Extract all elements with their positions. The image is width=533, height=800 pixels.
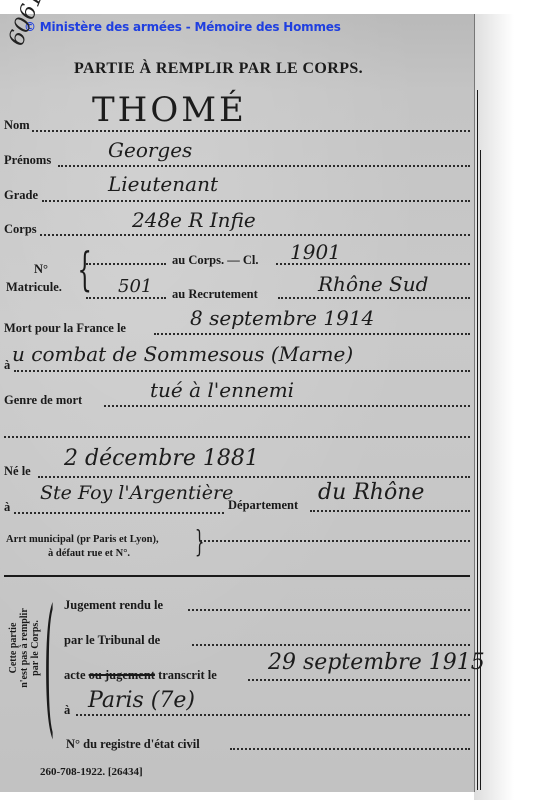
copyright-watermark: © Ministère des armées - Mémoire des Hom… — [24, 20, 341, 34]
tribunal-line — [192, 644, 470, 646]
nom-line — [32, 130, 470, 132]
side-note: Cette partie n'est pas à remplir par le … — [8, 598, 41, 698]
mort-line — [154, 333, 470, 335]
margin-rule — [477, 90, 478, 790]
ne-le-value: 2 décembre 1881 — [64, 446, 259, 471]
recrutement-number: 501 — [118, 276, 152, 297]
side-note-line-3: par le Corps. — [30, 598, 41, 698]
ne-le-line — [38, 476, 470, 478]
departement-label: Département — [228, 498, 298, 800]
margin-rule-2 — [480, 150, 481, 790]
genre-line — [104, 405, 470, 407]
recrutement-value: Rhône Sud — [318, 272, 428, 296]
departement-value: du Rhône — [318, 480, 424, 505]
side-note-line-1: Cette partie — [8, 598, 19, 698]
transcrit-line — [248, 679, 470, 681]
sheet-edge — [474, 14, 475, 792]
jugement-brace: ( — [44, 590, 55, 740]
jugement-rendu-line — [188, 609, 470, 611]
grade-line — [42, 200, 470, 202]
blank-line — [4, 436, 470, 438]
print-reference: 260-708-1922. [26434] — [40, 766, 143, 778]
prenoms-line — [58, 165, 470, 167]
transcrit-prefix: acte — [64, 668, 86, 682]
grade-value: Lieutenant — [108, 172, 218, 196]
mort-value: 8 septembre 1914 — [190, 306, 374, 330]
prenoms-value: Georges — [108, 138, 192, 162]
nom-value: THOMÉ — [92, 90, 247, 130]
matricule-brace: { — [77, 246, 92, 292]
arr-brace: { — [195, 528, 205, 558]
corps-line — [40, 234, 470, 236]
ne-a-value: Ste Foy l'Argentière — [40, 482, 233, 504]
side-note-line-2: n'est pas à remplir — [19, 598, 30, 698]
lieu-transcription-line — [76, 714, 470, 716]
form-heading: PARTIE À REMPLIR PAR LE CORPS. — [74, 60, 363, 78]
transcrit-struck: ou jugement — [89, 668, 155, 682]
classe-value: 1901 — [290, 240, 341, 264]
matricule-recrutement-line — [86, 297, 166, 299]
section-divider — [4, 575, 470, 577]
corps-value: 248e R Infie — [132, 208, 256, 232]
recrutement-line — [278, 297, 470, 299]
registre-line — [230, 748, 470, 750]
transcrit-suffix: transcrit le — [158, 668, 217, 682]
matricule-corps-line — [86, 263, 166, 265]
transcrit-value: 29 septembre 1915 — [268, 650, 485, 675]
arr-line — [200, 540, 470, 542]
ne-a-line — [14, 512, 224, 514]
genre-value: tué à l'ennemi — [150, 378, 294, 402]
lieu-mort-value: u combat de Sommesous (Marne) — [12, 342, 353, 366]
lieu-transcription-value: Paris (7e) — [88, 688, 195, 713]
departement-line — [310, 510, 470, 512]
lieu-mort-line — [14, 370, 470, 372]
